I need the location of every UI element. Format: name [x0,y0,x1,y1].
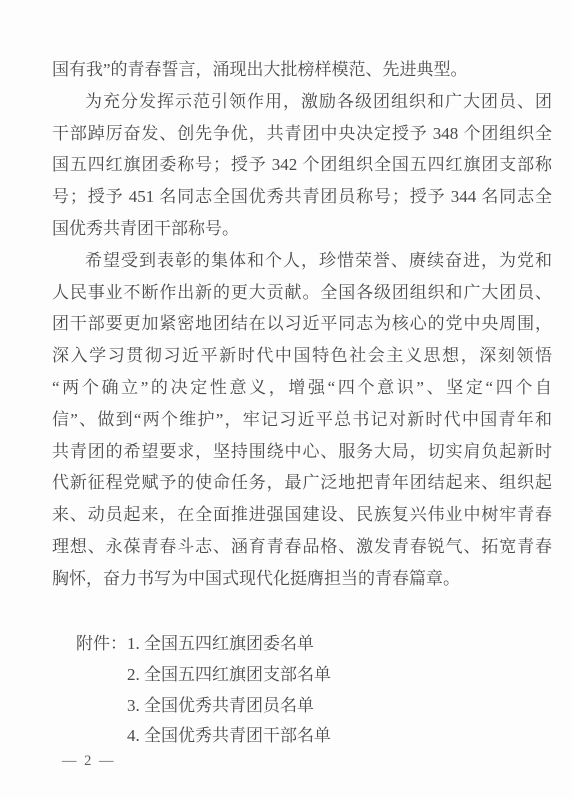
attachments-label: 附件： [76,629,127,660]
body-line: 为充分发挥示范引领作用，激励各级团组织和广大团员、团 [52,86,552,118]
body-line: 国有我”的青春誓言，涌现出大批榜样模范、先进典型。 [52,54,552,86]
body-line: 信”、做到“两个维护”，牢记习近平总书记对新时代中国青年和 [52,404,552,436]
attachment-item: 4. 全国优秀共青团干部名单 [127,721,331,752]
body-line: 希望受到表彰的集体和个人，珍惜荣誉、赓续奋进，为党和 [52,245,552,277]
body-line: 团干部要更加紧密地团结在以习近平同志为核心的党中央周围， [52,308,552,340]
attachments-block: 附件： 1. 全国五四红旗团委名单2. 全国五四红旗团支部名单3. 全国优秀共青… [76,629,331,752]
body-line: 国五四红旗团委称号；授予 342 个团组织全国五四红旗团支部称 [52,149,552,181]
attachment-item: 2. 全国五四红旗团支部名单 [127,660,331,691]
body-line: 深入学习贯彻习近平新时代中国特色社会主义思想，深刻领悟 [52,340,552,372]
body-line: 胸怀，奋力书写为中国式现代化挺膺担当的青春篇章。 [52,563,552,595]
body-line: “两个确立”的决定性意义，增强“四个意识”、坚定“四个自 [52,372,552,404]
attachment-item: 3. 全国优秀共青团员名单 [127,691,331,722]
body-line: 号；授予 451 名同志全国优秀共青团员称号；授予 344 名同志全 [52,181,552,213]
body-line: 共青团的希望要求，坚持围绕中心、服务大局，切实肩负起新时 [52,436,552,468]
body-line: 国优秀共青团干部称号。 [52,213,552,245]
body-line: 理想、永葆青春斗志、涵育青春品格、激发青春锐气、拓宽青春 [52,531,552,563]
attachment-item: 1. 全国五四红旗团委名单 [127,629,331,660]
body-line: 干部踔厉奋发、创先争优，共青团中央决定授予 348 个团组织全 [52,118,552,150]
paragraph: 希望受到表彰的集体和个人，珍惜荣誉、赓续奋进，为党和人民事业不断作出新的更大贡献… [52,245,552,595]
attachments-list: 1. 全国五四红旗团委名单2. 全国五四红旗团支部名单3. 全国优秀共青团员名单… [127,629,331,752]
body-line: 代新征程党赋予的使命任务，最广泛地把青年团结起来、组织起 [52,467,552,499]
document-body: 国有我”的青春誓言，涌现出大批榜样模范、先进典型。为充分发挥示范引领作用，激励各… [52,54,552,595]
paragraph: 为充分发挥示范引领作用，激励各级团组织和广大团员、团干部踔厉奋发、创先争优，共青… [52,86,552,245]
body-line: 人民事业不断作出新的更大贡献。全国各级团组织和广大团员、 [52,277,552,309]
document-page: 国有我”的青春誓言，涌现出大批榜样模范、先进典型。为充分发挥示范引领作用，激励各… [0,0,572,799]
paragraph: 国有我”的青春誓言，涌现出大批榜样模范、先进典型。 [52,54,552,86]
body-line: 来、动员起来，在全面推进强国建设、民族复兴伟业中树牢青春 [52,499,552,531]
page-number: — 2 — [62,753,116,770]
